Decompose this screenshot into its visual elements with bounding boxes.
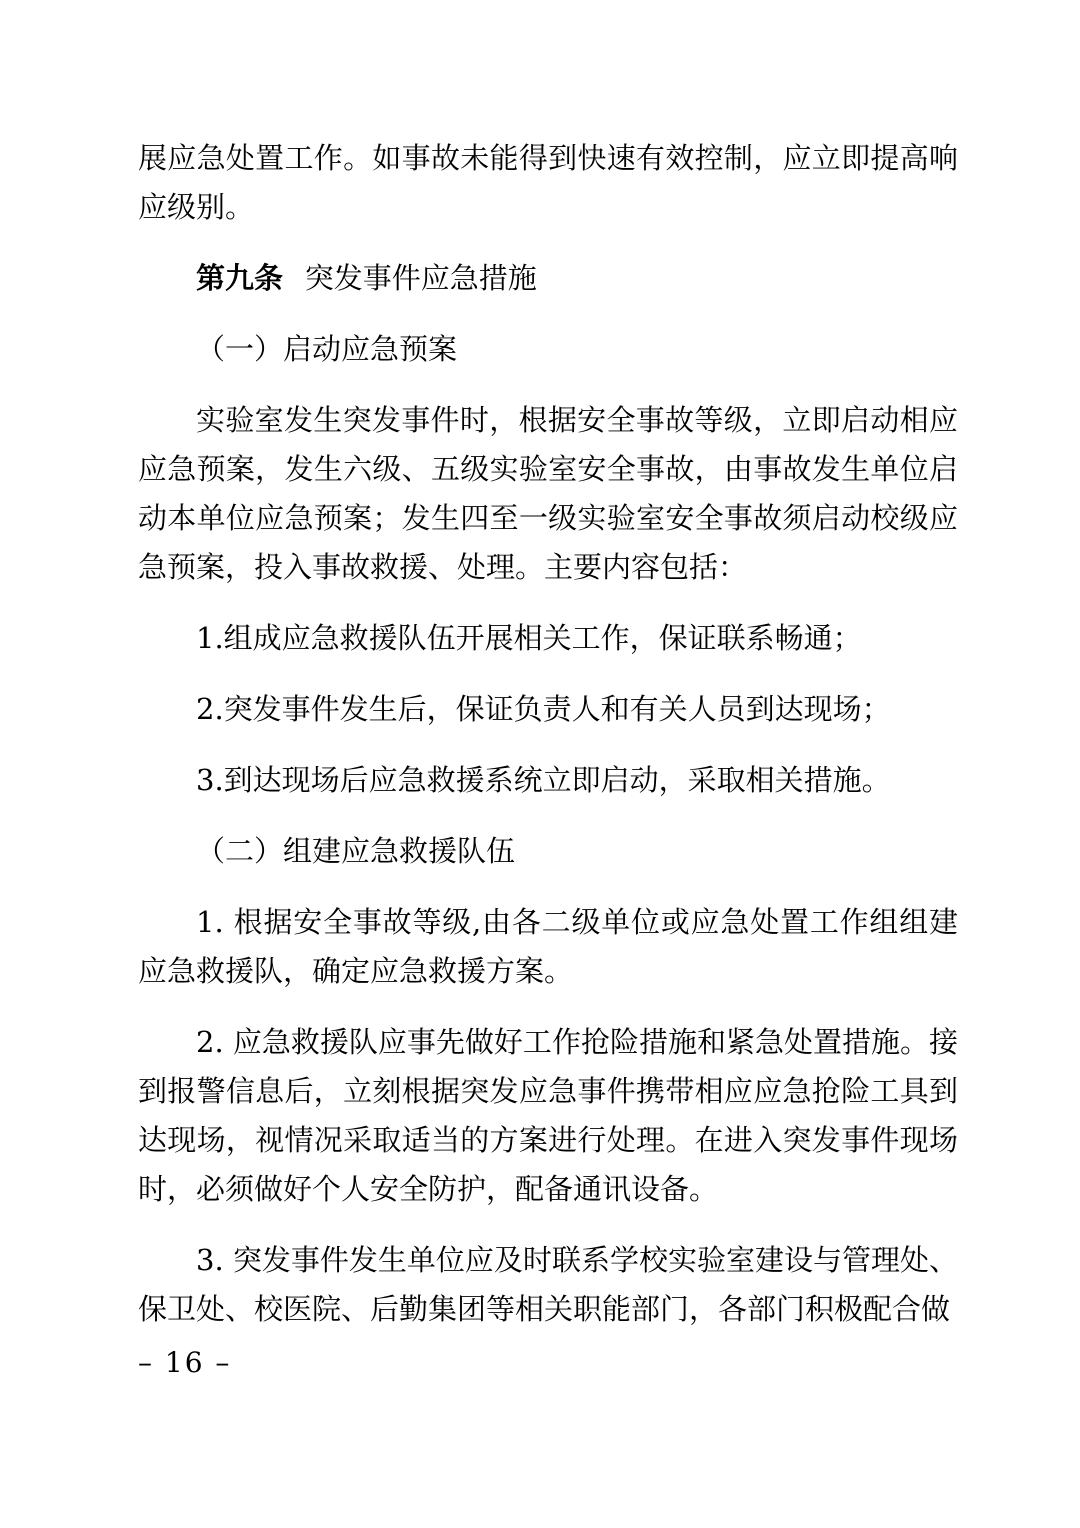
article-number-label: 第九条 xyxy=(196,261,283,295)
opening-paragraph: 展应急处置工作。如事故未能得到快速有效控制，应立即提高响应级别。 xyxy=(138,134,958,232)
section1-heading: （一）启动应急预案 xyxy=(138,325,958,374)
section1-list-item: 3.到达现场后应急救援系统立即启动，采取相关措施。 xyxy=(138,756,958,805)
section1-list-item: 2.突发事件发生后，保证负责人和有关人员到达现场； xyxy=(138,685,958,734)
section2-list-item: 2. 应急救援队应事先做好工作抢险措施和紧急处置措施。接到报警信息后，立刻根据突… xyxy=(138,1018,958,1214)
document-body: 展应急处置工作。如事故未能得到快速有效控制，应立即提高响应级别。 第九条突发事件… xyxy=(138,134,958,1356)
section2-heading: （二）组建应急救援队伍 xyxy=(138,827,958,876)
section1-list-item: 1.组成应急救援队伍开展相关工作，保证联系畅通； xyxy=(138,614,958,663)
section1-intro-paragraph: 实验室发生突发事件时，根据安全事故等级，立即启动相应应急预案，发生六级、五级实验… xyxy=(138,396,958,592)
document-page: 展应急处置工作。如事故未能得到快速有效控制，应立即提高响应级别。 第九条突发事件… xyxy=(0,0,1080,1528)
article-heading: 第九条突发事件应急措施 xyxy=(138,254,958,303)
section2-list-item: 1. 根据安全事故等级,由各二级单位或应急处置工作组组建应急救援队，确定应急救援… xyxy=(138,898,958,996)
article-title: 突发事件应急措施 xyxy=(305,261,537,295)
section2-list-item: 3. 突发事件发生单位应及时联系学校实验室建设与管理处、保卫处、校医院、后勤集团… xyxy=(138,1236,958,1334)
page-number: – 16 – xyxy=(138,1346,231,1380)
